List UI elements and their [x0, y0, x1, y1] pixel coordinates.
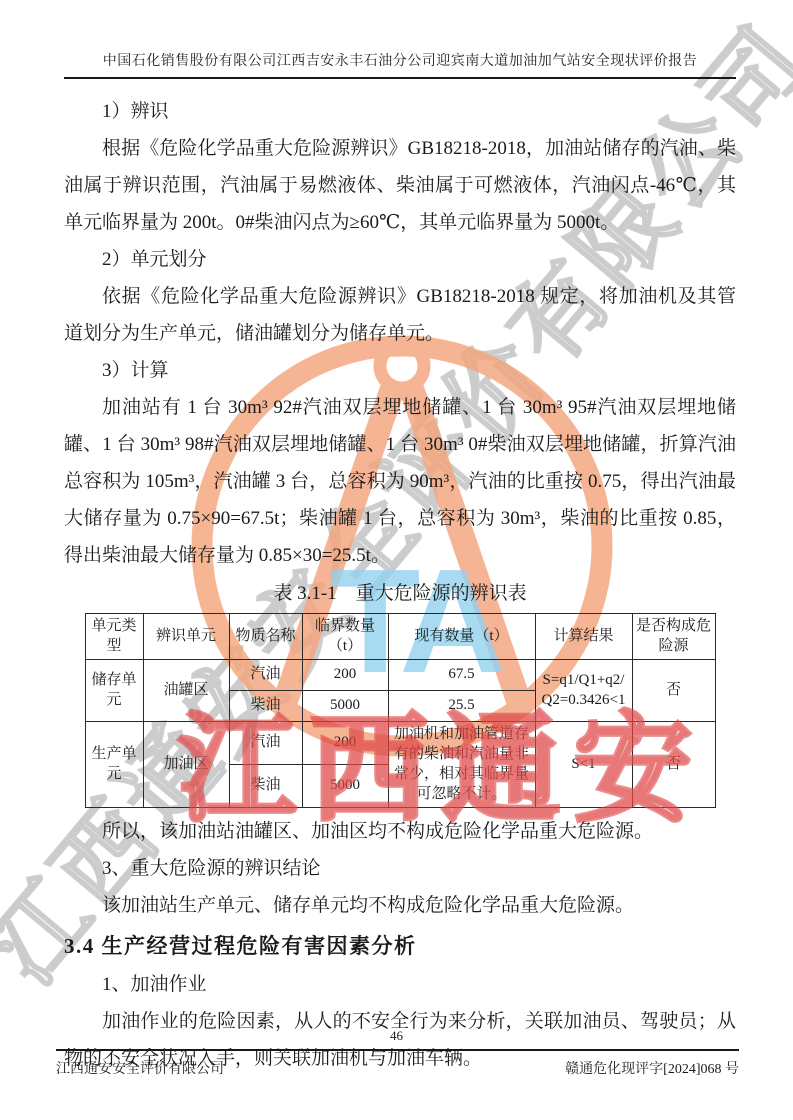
body-text: 1）辨识 根据《危险化学品重大危险源辨识》GB18218-2018，加油站储存的… [64, 93, 736, 1077]
list-item-heading-3: 3）计算 [64, 352, 736, 389]
cell-substance: 汽油 [229, 721, 302, 764]
table-header-row: 单元类型 辨识单元 物质名称 临界数量（t） 现有数量（t） 计算结果 是否构成… [85, 614, 715, 660]
major-hazard-identification-table: 单元类型 辨识单元 物质名称 临界数量（t） 现有数量（t） 计算结果 是否构成… [85, 613, 716, 808]
col-header-current-qty: 现有数量（t） [388, 614, 535, 660]
cell-substance: 汽油 [229, 659, 302, 690]
cell-storage-is-major: 否 [632, 659, 715, 721]
cell-production-note: 加油机和加油管道存有的柴油和汽油量非常少，相对其临界量可忽略不计。 [388, 721, 535, 807]
paragraph-final-conclusion: 该加油站生产单元、储存单元均不构成危险化学品重大危险源。 [64, 887, 736, 924]
table-row: 储存单元 油罐区 汽油 200 67.5 S=q1/Q1+q2/Q2=0.342… [85, 659, 715, 690]
cell-production-is-major: 否 [632, 721, 715, 807]
list-item-heading-1: 1）辨识 [64, 93, 736, 130]
sub-item-heading: 1、加油作业 [64, 966, 736, 1003]
cell-current: 25.5 [388, 690, 535, 721]
col-header-calc-result: 计算结果 [535, 614, 632, 660]
col-header-unit-type: 单元类型 [85, 614, 143, 660]
report-header-title: 中国石化销售股份有限公司江西吉安永丰石油分公司迎宾南大道加油加气站安全现状评价报… [64, 46, 736, 79]
cell-storage-unit: 油罐区 [143, 659, 229, 721]
cell-storage-unit-type: 储存单元 [85, 659, 143, 721]
footer-doc-number: 赣通危化现评字[2024]068 号 [565, 1058, 739, 1078]
document-footer: 江西通安安全评价有限公司 赣通危化现评字[2024]068 号 [56, 1049, 739, 1078]
cell-substance: 柴油 [229, 690, 302, 721]
section-heading-3-4: 3.4 生产经营过程危险有害因素分析 [64, 926, 736, 966]
cell-critical: 5000 [302, 690, 388, 721]
list-item-heading-conclusion: 3、重大危险源的辨识结论 [64, 850, 736, 887]
table-row: 生产单元 加油区 汽油 200 加油机和加油管道存有的柴油和汽油量非常少，相对其… [85, 721, 715, 764]
document-content: 中国石化销售股份有限公司江西吉安永丰石油分公司迎宾南大道加油加气站安全现状评价报… [0, 0, 793, 1077]
cell-critical: 200 [302, 659, 388, 690]
list-item-heading-2: 2）单元划分 [64, 241, 736, 278]
table-caption: 表 3.1-1 重大危险源的辨识表 [64, 577, 736, 611]
cell-substance: 柴油 [229, 764, 302, 807]
paragraph-identification: 根据《危险化学品重大危险源辨识》GB18218-2018，加油站储存的汽油、柴油… [64, 130, 736, 241]
col-header-identified-unit: 辨识单元 [143, 614, 229, 660]
report-page: 江西通安安全评价有限公司 TA 中国石化销售股份有限公司江西吉安永丰石油分公司迎… [0, 0, 793, 1120]
col-header-critical-qty: 临界数量（t） [302, 614, 388, 660]
cell-production-unit: 加油区 [143, 721, 229, 807]
col-header-is-major: 是否构成危险源 [632, 614, 715, 660]
cell-production-calc: S<1 [535, 721, 632, 807]
cell-critical: 5000 [302, 764, 388, 807]
cell-production-unit-type: 生产单元 [85, 721, 143, 807]
paragraph-unit-division: 依据《危险化学品重大危险源辨识》GB18218-2018 规定，将加油机及其管道… [64, 278, 736, 352]
cell-storage-calc: S=q1/Q1+q2/Q2=0.3426<1 [535, 659, 632, 721]
cell-current: 67.5 [388, 659, 535, 690]
paragraph-calculation: 加油站有 1 台 30m³ 92#汽油双层埋地储罐、1 台 30m³ 95#汽油… [64, 389, 736, 574]
footer-company-name: 江西通安安全评价有限公司 [56, 1058, 224, 1078]
page-number: 46 [0, 1028, 793, 1044]
cell-critical: 200 [302, 721, 388, 764]
col-header-substance: 物质名称 [229, 614, 302, 660]
paragraph-table-conclusion: 所以，该加油站油罐区、加油区均不构成危险化学品重大危险源。 [64, 813, 736, 850]
